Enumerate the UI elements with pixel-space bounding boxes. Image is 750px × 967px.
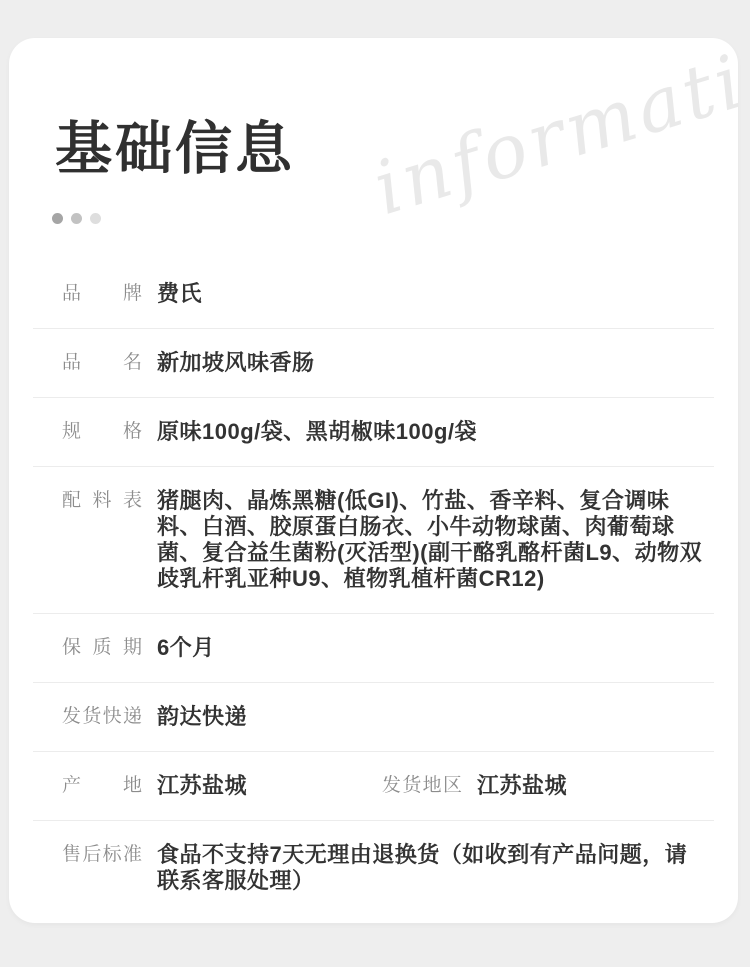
field-label: 品牌: [62, 281, 142, 307]
origin-pair: 产地 江苏盐城: [62, 773, 382, 799]
field-label: 售后标准: [62, 842, 142, 868]
field-label: 保质期: [62, 635, 142, 661]
info-row-spec: 规格 原味100g/袋、黑胡椒味100g/袋: [33, 398, 714, 467]
field-value: 新加坡风味香肠: [157, 350, 709, 376]
information-watermark: information: [364, 38, 738, 232]
decor-dot: [90, 213, 101, 224]
field-value: 江苏盐城: [157, 773, 247, 799]
field-value: 6个月: [157, 635, 709, 661]
field-label: 规格: [62, 419, 142, 445]
info-row-ingredients: 配料表 猪腿肉、晶炼黑糖(低GI)、竹盐、香辛料、复合调味料、白酒、胶原蛋白肠衣…: [33, 467, 714, 614]
field-value: 食品不支持7天无理由退换货（如收到有产品问题，请联系客服处理）: [157, 842, 709, 894]
field-label: 产地: [62, 773, 142, 799]
section-title: 基础信息: [55, 118, 295, 181]
field-label: 品名: [62, 350, 142, 376]
info-row-origin: 产地 江苏盐城 发货地区 江苏盐城: [33, 752, 714, 821]
info-row-after-sale: 售后标准 食品不支持7天无理由退换货（如收到有产品问题，请联系客服处理）: [33, 821, 714, 915]
info-row-brand: 品牌 费氏: [33, 260, 714, 329]
field-value: 江苏盐城: [477, 773, 567, 799]
info-table: 品牌 费氏 品名 新加坡风味香肠 规格 原味100g/袋、黑胡椒味100g/袋 …: [9, 260, 738, 915]
decor-dots: [52, 213, 101, 224]
field-value: 原味100g/袋、黑胡椒味100g/袋: [157, 419, 709, 445]
decor-dot: [71, 213, 82, 224]
field-value: 费氏: [157, 281, 709, 307]
field-label: 发货地区: [382, 773, 462, 799]
field-label: 发货快递: [62, 704, 142, 730]
info-row-courier: 发货快递 韵达快递: [33, 683, 714, 752]
info-row-product-name: 品名 新加坡风味香肠: [33, 329, 714, 398]
decor-dot: [52, 213, 63, 224]
info-row-shelf-life: 保质期 6个月: [33, 614, 714, 683]
ship-from-pair: 发货地区 江苏盐城: [382, 773, 567, 799]
basic-info-card: information 基础信息 品牌 费氏 品名 新加坡风味香肠 规格 原味1…: [9, 38, 738, 923]
field-label: 配料表: [62, 488, 142, 514]
field-value: 猪腿肉、晶炼黑糖(低GI)、竹盐、香辛料、复合调味料、白酒、胶原蛋白肠衣、小牛动…: [157, 488, 709, 592]
field-value: 韵达快递: [157, 704, 709, 730]
